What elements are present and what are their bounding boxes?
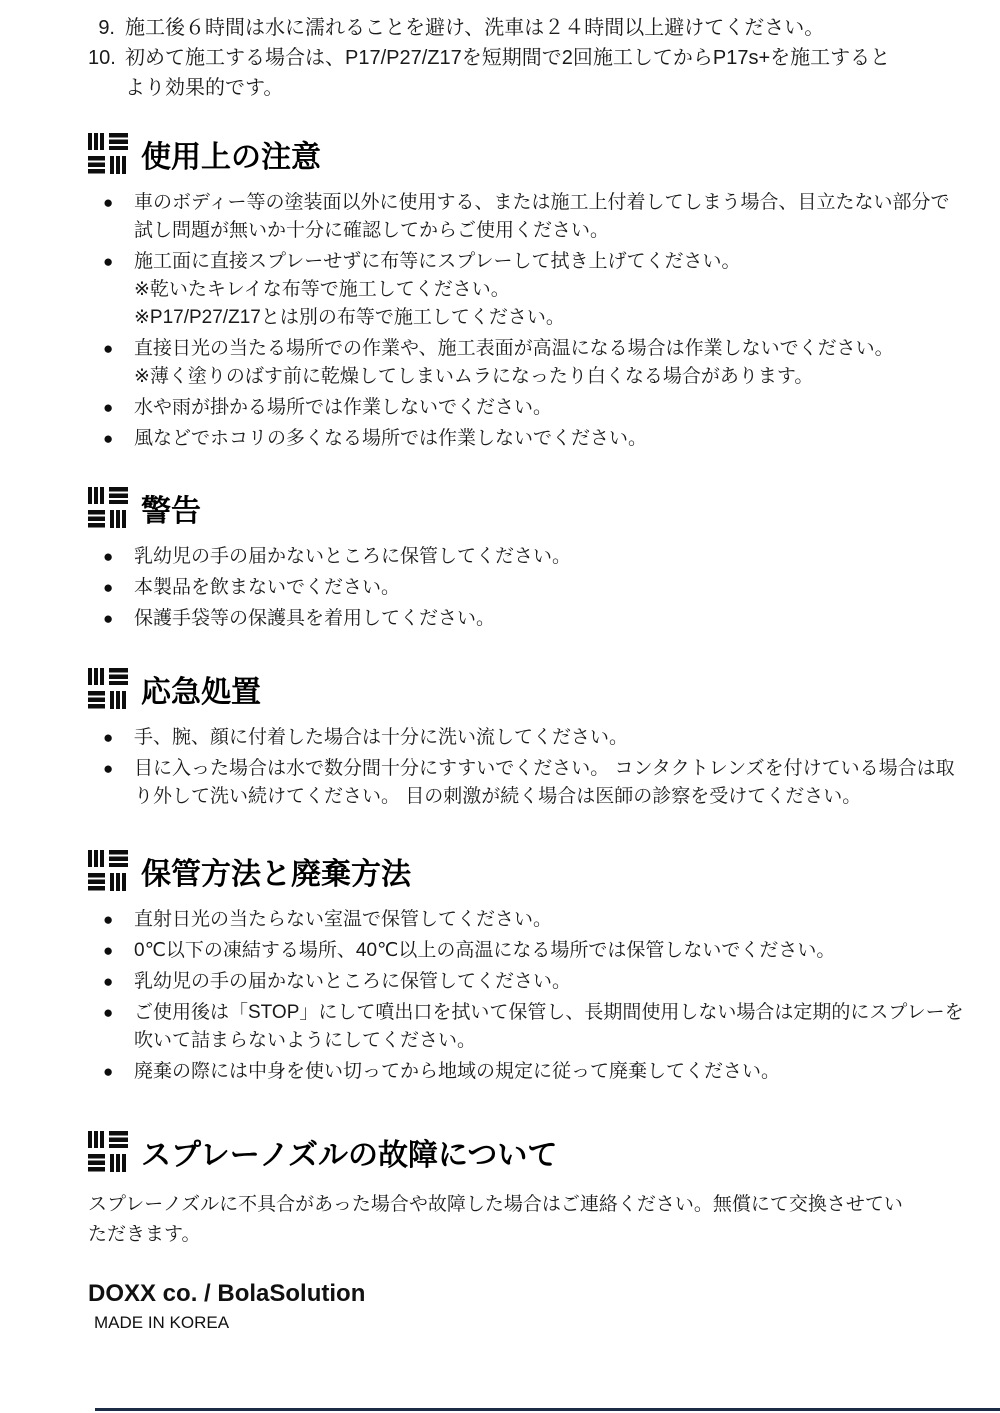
item-text: 初めて施工する場合は、P17/P27/Z17を短期間で2回施工してからP17s+… <box>125 43 890 103</box>
section-heading: 応急処置 <box>88 667 966 711</box>
item-line: 初めて施工する場合は、P17/P27/Z17を短期間で2回施工してからP17s+… <box>125 43 890 73</box>
stripe-quadrants-icon <box>88 1131 128 1173</box>
instruction-page: 9. 施工後６時間は水に濡れることを避け、洗車は２４時間以上避けてください。 1… <box>0 0 1000 1333</box>
section-heading: 使用上の注意 <box>88 132 966 176</box>
bullet-icon: ● <box>103 335 134 391</box>
bullet-icon: ● <box>103 605 134 633</box>
bullet-text: 水や雨が掛かる場所では作業しないでください。 <box>134 394 552 422</box>
bullet-list: ● 手、腕、顔に付着した場合は十分に洗い流してください。 ● 目に入った場合は水… <box>88 724 966 811</box>
bullet-item: ● 車のボディー等の塗装面以外に使用する、または施工上付着してしまう場合、目立た… <box>103 189 966 245</box>
footer-rule <box>95 1408 1000 1411</box>
made-in-label: MADE IN KOREA <box>94 1313 966 1333</box>
bullet-icon: ● <box>103 574 134 602</box>
company-name: DOXX co. / BolaSolution <box>88 1280 966 1308</box>
bullet-icon: ● <box>103 906 134 934</box>
bullet-item: ● 乳幼児の手の届かないところに保管してください。 <box>103 968 966 996</box>
section-first-aid: 応急処置 ● 手、腕、顔に付着した場合は十分に洗い流してください。 ● 目に入っ… <box>88 667 966 811</box>
bullet-icon: ● <box>103 394 134 422</box>
bullet-item: ● 本製品を飲まないでください。 <box>103 574 966 602</box>
nozzle-paragraph: スプレーノズルに不具合があった場合や故障した場合はご連絡ください。無償にて交換さ… <box>88 1190 903 1250</box>
bullet-note: ※薄く塗りのばす前に乾燥してしまいムラになったり白くなる場合があります。 <box>134 363 894 391</box>
bullet-text: 手、腕、顔に付着した場合は十分に洗い流してください。 <box>134 724 628 752</box>
section-heading: 警告 <box>88 486 966 530</box>
bullet-text: 保護手袋等の保護具を着用してください。 <box>134 605 495 633</box>
bullet-text: 乳幼児の手の届かないところに保管してください。 <box>134 968 571 996</box>
footer: DOXX co. / BolaSolution MADE IN KOREA <box>88 1280 966 1333</box>
item-number: 10. <box>88 43 125 103</box>
bullet-text: ご使用後は「STOP」にして噴出口を拭いて保管し、長期間使用しない場合は定期的に… <box>134 999 966 1055</box>
intro-item-10: 10. 初めて施工する場合は、P17/P27/Z17を短期間で2回施工してからP… <box>88 43 966 103</box>
bullet-icon: ● <box>103 543 134 571</box>
intro-list: 9. 施工後６時間は水に濡れることを避け、洗車は２４時間以上避けてください。 1… <box>88 13 966 103</box>
bullet-text: 施工面に直接スプレーせずに布等にスプレーして拭き上げてください。 ※乾いたキレイ… <box>134 248 740 332</box>
bullet-icon: ● <box>103 937 134 965</box>
bullet-item: ● 保護手袋等の保護具を着用してください。 <box>103 605 966 633</box>
section-heading: 保管方法と廃棄方法 <box>88 849 966 893</box>
bullet-icon: ● <box>103 189 134 245</box>
bullet-text: 直射日光の当たらない室温で保管してください。 <box>134 906 552 934</box>
bullet-note: ※P17/P27/Z17とは別の布等で施工してください。 <box>134 304 740 332</box>
section-heading: スプレーノズルの故障について <box>88 1130 966 1174</box>
bullet-item: ● ご使用後は「STOP」にして噴出口を拭いて保管し、長期間使用しない場合は定期… <box>103 999 966 1055</box>
bullet-icon: ● <box>103 724 134 752</box>
bullet-item: ● 水や雨が掛かる場所では作業しないでください。 <box>103 394 966 422</box>
bullet-item: ● 目に入った場合は水で数分間十分にすすいでください。 コンタクトレンズを付けて… <box>103 755 966 811</box>
stripe-quadrants-icon <box>88 668 128 710</box>
section-title: 使用上の注意 <box>141 132 321 176</box>
section-title: 警告 <box>141 486 201 530</box>
section-storage-disposal: 保管方法と廃棄方法 ● 直射日光の当たらない室温で保管してください。 ● 0℃以… <box>88 849 966 1086</box>
intro-item-9: 9. 施工後６時間は水に濡れることを避け、洗車は２４時間以上避けてください。 <box>88 13 966 43</box>
item-line: より効果的です。 <box>125 73 890 103</box>
item-number: 9. <box>88 13 125 43</box>
section-warning: 警告 ● 乳幼児の手の届かないところに保管してください。 ● 本製品を飲まないで… <box>88 486 966 633</box>
bullet-list: ● 乳幼児の手の届かないところに保管してください。 ● 本製品を飲まないでくださ… <box>88 543 966 633</box>
bullet-icon: ● <box>103 999 134 1055</box>
bullet-item: ● 0℃以下の凍結する場所、40℃以上の高温になる場所では保管しないでください。 <box>103 937 966 965</box>
stripe-quadrants-icon <box>88 487 128 529</box>
stripe-quadrants-icon <box>88 133 128 175</box>
section-nozzle-failure: スプレーノズルの故障について スプレーノズルに不具合があった場合や故障した場合は… <box>88 1130 966 1250</box>
bullet-text: 風などでホコリの多くなる場所では作業しないでください。 <box>134 425 647 453</box>
bullet-item: ● 風などでホコリの多くなる場所では作業しないでください。 <box>103 425 966 453</box>
bullet-text: 車のボディー等の塗装面以外に使用する、または施工上付着してしまう場合、目立たない… <box>134 189 966 245</box>
bullet-text: 本製品を飲まないでください。 <box>134 574 400 602</box>
item-text: 施工後６時間は水に濡れることを避け、洗車は２４時間以上避けてください。 <box>125 13 824 43</box>
bullet-text: 0℃以下の凍結する場所、40℃以上の高温になる場所では保管しないでください。 <box>134 937 835 965</box>
bullet-text: 直接日光の当たる場所での作業や、施工表面が高温になる場合は作業しないでください。… <box>134 335 894 391</box>
bullet-list: ● 直射日光の当たらない室温で保管してください。 ● 0℃以下の凍結する場所、4… <box>88 906 966 1086</box>
bullet-note: ※乾いたキレイな布等で施工してください。 <box>134 276 740 304</box>
section-usage-cautions: 使用上の注意 ● 車のボディー等の塗装面以外に使用する、または施工上付着してしま… <box>88 132 966 453</box>
bullet-icon: ● <box>103 968 134 996</box>
bullet-item: ● 直接日光の当たる場所での作業や、施工表面が高温になる場合は作業しないでくださ… <box>103 335 966 391</box>
bullet-item: ● 施工面に直接スプレーせずに布等にスプレーして拭き上げてください。 ※乾いたキ… <box>103 248 966 332</box>
bullet-text: 乳幼児の手の届かないところに保管してください。 <box>134 543 571 571</box>
bullet-list: ● 車のボディー等の塗装面以外に使用する、または施工上付着してしまう場合、目立た… <box>88 189 966 453</box>
section-title: 応急処置 <box>141 667 261 711</box>
bullet-item: ● 廃棄の際には中身を使い切ってから地域の規定に従って廃棄してください。 <box>103 1058 966 1086</box>
bullet-icon: ● <box>103 425 134 453</box>
item-line: 施工後６時間は水に濡れることを避け、洗車は２４時間以上避けてください。 <box>125 13 824 43</box>
bullet-text: 廃棄の際には中身を使い切ってから地域の規定に従って廃棄してください。 <box>134 1058 780 1086</box>
section-title: スプレーノズルの故障について <box>141 1130 557 1174</box>
bullet-icon: ● <box>103 1058 134 1086</box>
section-title: 保管方法と廃棄方法 <box>141 849 411 893</box>
bullet-icon: ● <box>103 755 134 811</box>
bullet-item: ● 手、腕、顔に付着した場合は十分に洗い流してください。 <box>103 724 966 752</box>
bullet-item: ● 乳幼児の手の届かないところに保管してください。 <box>103 543 966 571</box>
bullet-text: 目に入った場合は水で数分間十分にすすいでください。 コンタクトレンズを付けている… <box>134 755 966 811</box>
bullet-icon: ● <box>103 248 134 332</box>
bullet-item: ● 直射日光の当たらない室温で保管してください。 <box>103 906 966 934</box>
stripe-quadrants-icon <box>88 850 128 892</box>
